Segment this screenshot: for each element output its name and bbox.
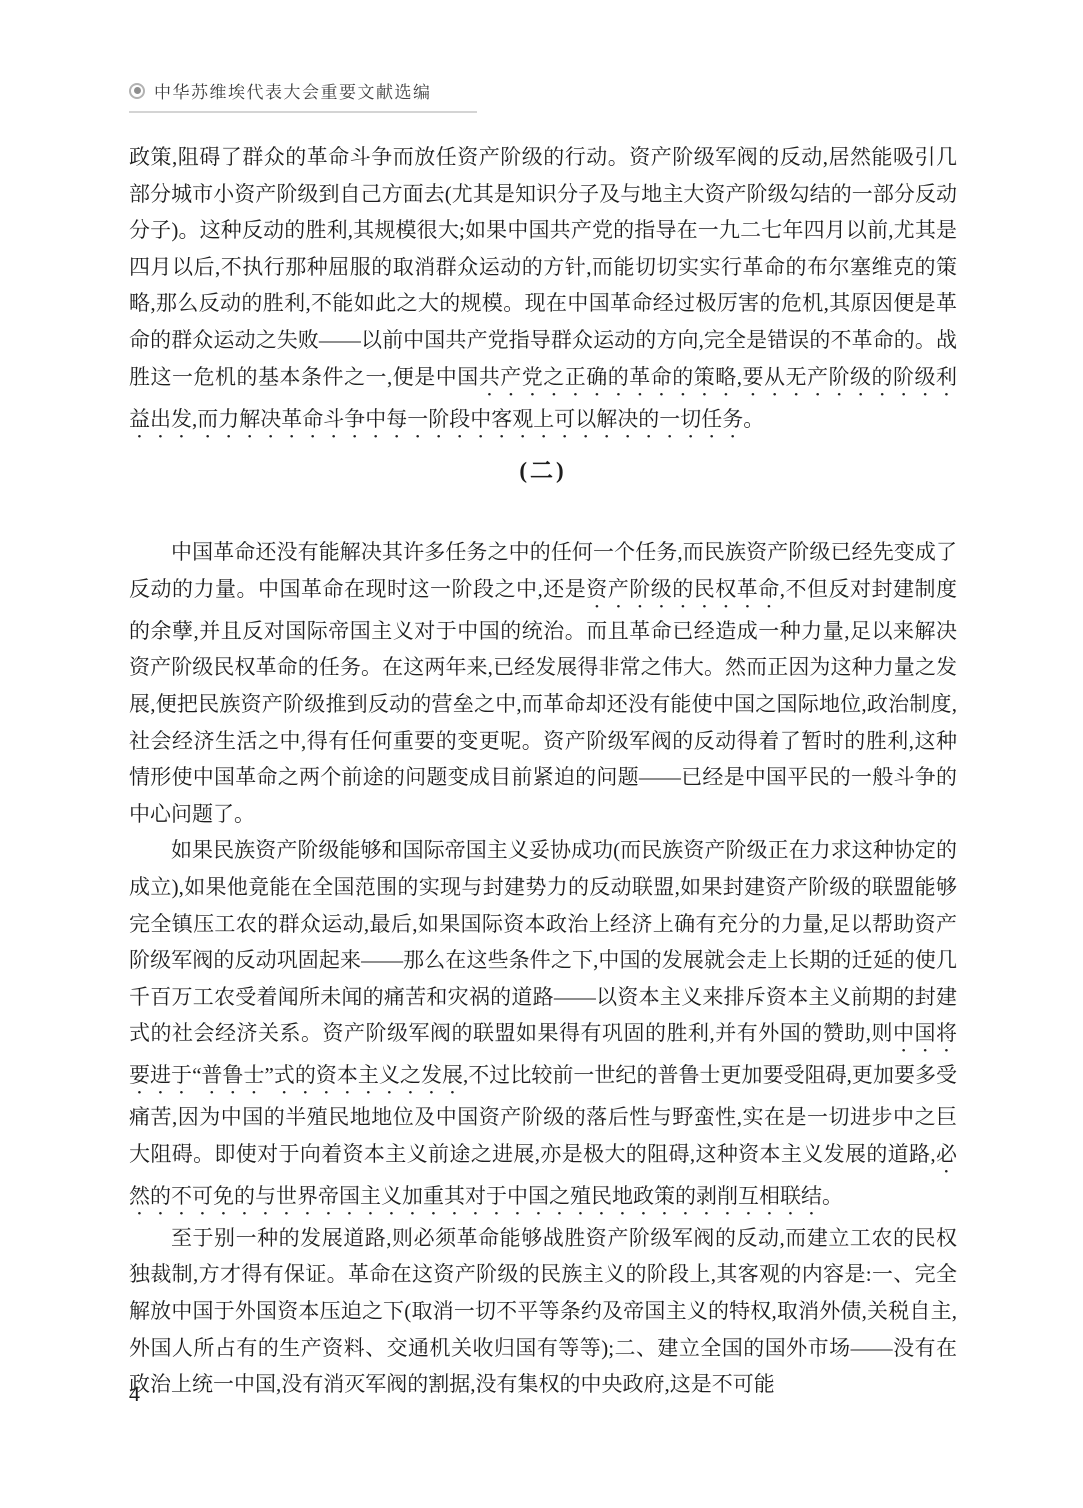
- section-heading: (二): [129, 453, 957, 490]
- bullet-circle-icon-dot: [134, 87, 141, 94]
- body-paragraph: 至于别一种的发展道路,则必须革命能够战胜资产阶级军阀的反动,而建立工农的民权独裁…: [129, 1220, 957, 1403]
- page-content: 中华苏维埃代表大会重要文献选编 政策,阻碍了群众的革命斗争而放任资产阶级的行动。…: [129, 0, 957, 1403]
- bullet-circle-icon: [129, 83, 145, 99]
- emphasized-text: 资产阶级的民权革命: [586, 577, 780, 601]
- text-segment: 如果民族资产阶级能够和国际帝国主义妥协成功(而民族资产阶级正在力求这种协定的成立…: [129, 838, 957, 1045]
- running-header: 中华苏维埃代表大会重要文献选编: [129, 78, 477, 113]
- body-paragraph: 如果民族资产阶级能够和国际帝国主义妥协成功(而民族资产阶级正在力求这种协定的成立…: [129, 832, 957, 1220]
- text-segment: 。: [743, 407, 764, 431]
- page-number: 4: [129, 1381, 140, 1407]
- running-header-title: 中华苏维埃代表大会重要文献选编: [154, 78, 432, 103]
- document-body: 政策,阻碍了群众的革命斗争而放任资产阶级的行动。资产阶级军阀的反动,居然能吸引几…: [129, 139, 957, 1403]
- body-paragraph: 中国革命还没有能解决其许多任务之中的任何一个任务,而民族资产阶级已经先变成了反动…: [129, 534, 957, 832]
- body-paragraph: 政策,阻碍了群众的革命斗争而放任资产阶级的行动。资产阶级军阀的反动,居然能吸引几…: [129, 139, 957, 443]
- text-segment: ,不但反对封建制度的余孽,并且反对国际帝国主义对于中国的统治。而且革命已经造成一…: [129, 577, 957, 826]
- text-segment: 政策,阻碍了群众的革命斗争而放任资产阶级的行动。资产阶级军阀的反动,居然能吸引几…: [129, 145, 957, 389]
- text-segment: 至于别一种的发展道路,则必须革命能够战胜资产阶级军阀的反动,而建立工农的民权独裁…: [129, 1226, 957, 1396]
- text-segment: 。: [822, 1184, 843, 1208]
